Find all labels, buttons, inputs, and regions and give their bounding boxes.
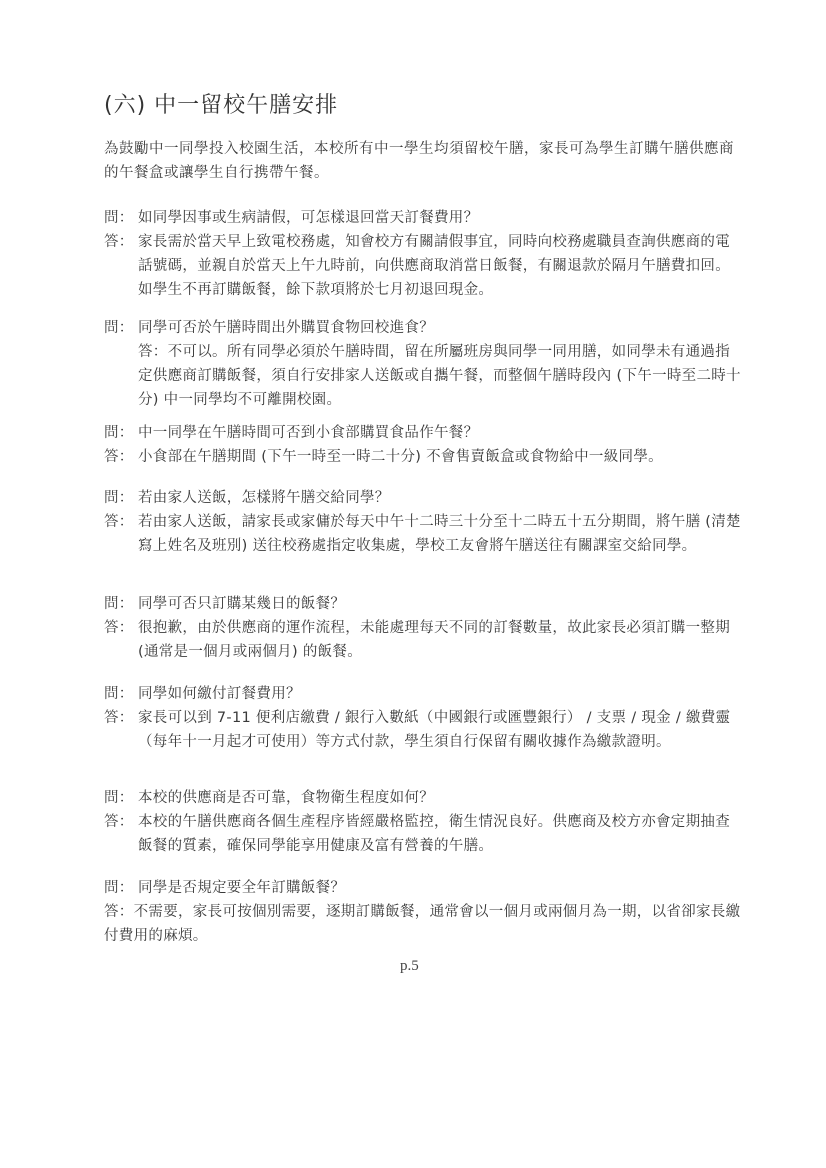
answer-label: 答： xyxy=(104,510,138,558)
answer-text: 小食部在午膳期間 (下午一時至一時二十分) 不會售賣飯盒或食物給中一級同學。 xyxy=(138,445,744,469)
question-text: 中一同學在午膳時間可否到小食部購買食品作午餐？ xyxy=(138,421,744,445)
answer-text: 家長需於當天早上致電校務處，知會校方有關請假事宜，同時向校務處職員查詢供應商的電… xyxy=(138,230,744,302)
question-label: 問： xyxy=(104,682,138,706)
question-row: 問： 同學可否只訂購某幾日的飯餐？ xyxy=(104,592,744,616)
answer-row: 答：不可以。所有同學必須於午膳時間，留在所屬班房與同學一同用膳，如同學未有通過指… xyxy=(104,340,744,412)
question-row: 問： 同學可否於午膳時間出外購買食物回校進食？ xyxy=(104,316,744,340)
question-row: 問： 如同學因事或生病請假，可怎樣退回當天訂餐費用？ xyxy=(104,206,744,230)
qa-item: 問： 中一同學在午膳時間可否到小食部購買食品作午餐？ 答： 小食部在午膳期間 (… xyxy=(104,421,744,469)
qa-item: 問： 如同學因事或生病請假，可怎樣退回當天訂餐費用？ 答： 家長需於當天早上致電… xyxy=(104,206,744,302)
question-text: 同學可否於午膳時間出外購買食物回校進食？ xyxy=(138,316,744,340)
question-row: 問： 同學是否規定要全年訂購飯餐？ xyxy=(104,876,744,900)
qa-item: 問： 同學可否只訂購某幾日的飯餐？ 答： 很抱歉，由於供應商的運作流程，未能處理… xyxy=(104,592,744,664)
question-text: 本校的供應商是否可靠，食物衛生程度如何？ xyxy=(138,786,744,810)
qa-item: 問： 同學是否規定要全年訂購飯餐？ 答：不需要，家長可按個別需要，逐期訂購飯餐，… xyxy=(104,876,744,948)
answer-label: 答： xyxy=(104,230,138,302)
question-label: 問： xyxy=(104,421,138,445)
question-row: 問： 中一同學在午膳時間可否到小食部購買食品作午餐？ xyxy=(104,421,744,445)
answer-label: 答： xyxy=(104,445,138,469)
answer-label: 答： xyxy=(104,810,138,858)
answer-row: 答：不需要，家長可按個別需要，逐期訂購飯餐，通常會以一個月或兩個月為一期，以省卻… xyxy=(104,900,744,948)
answer-text: 很抱歉，由於供應商的運作流程，未能處理每天不同的訂餐數量，故此家長必須訂購一整期… xyxy=(138,616,744,664)
question-label: 問： xyxy=(104,206,138,230)
answer-row: 答： 本校的午膳供應商各個生產程序皆經嚴格監控，衛生情況良好。供應商及校方亦會定… xyxy=(104,810,744,858)
question-text: 同學如何繳付訂餐費用？ xyxy=(138,682,744,706)
answer-label: 答： xyxy=(104,616,138,664)
answer-row: 答： 若由家人送飯，請家長或家傭於每天中午十二時三十分至十二時五十五分期間，將午… xyxy=(104,510,744,558)
answer-text: 家長可以到 7-11 便利店繳費 / 銀行入數紙（中國銀行或匯豐銀行） / 支票… xyxy=(138,706,744,754)
qa-item: 問： 本校的供應商是否可靠，食物衛生程度如何？ 答： 本校的午膳供應商各個生產程… xyxy=(104,786,744,858)
answer-label: 答： xyxy=(138,344,168,360)
question-row: 問： 若由家人送飯，怎樣將午膳交給同學？ xyxy=(104,486,744,510)
document-page: (六) 中一留校午膳安排 為鼓勵中一同學投入校園生活，本校所有中一學生均須留校午… xyxy=(0,0,826,1168)
question-label: 問： xyxy=(104,316,138,340)
qa-item: 問： 若由家人送飯，怎樣將午膳交給同學？ 答： 若由家人送飯，請家長或家傭於每天… xyxy=(104,486,744,558)
question-label: 問： xyxy=(104,786,138,810)
answer-text: 不需要，家長可按個別需要，逐期訂購飯餐，通常會以一個月或兩個月為一期，以省卻家長… xyxy=(104,904,740,944)
page-number: p.5 xyxy=(400,958,419,975)
answer-label: 答： xyxy=(104,706,138,754)
answer-text: 不可以。所有同學必須於午膳時間，留在所屬班房與同學一同用膳，如同學未有通過指定供… xyxy=(138,344,741,408)
answer-row: 答： 家長可以到 7-11 便利店繳費 / 銀行入數紙（中國銀行或匯豐銀行） /… xyxy=(104,706,744,754)
question-text: 同學是否規定要全年訂購飯餐？ xyxy=(138,876,744,900)
answer-row: 答： 很抱歉，由於供應商的運作流程，未能處理每天不同的訂餐數量，故此家長必須訂購… xyxy=(104,616,744,664)
answer-text: 本校的午膳供應商各個生產程序皆經嚴格監控，衛生情況良好。供應商及校方亦會定期抽查… xyxy=(138,810,744,858)
question-text: 同學可否只訂購某幾日的飯餐？ xyxy=(138,592,744,616)
question-text: 若由家人送飯，怎樣將午膳交給同學？ xyxy=(138,486,744,510)
answer-label: 答： xyxy=(104,904,134,920)
question-row: 問： 本校的供應商是否可靠，食物衛生程度如何？ xyxy=(104,786,744,810)
question-row: 問： 同學如何繳付訂餐費用？ xyxy=(104,682,744,706)
section-title: (六) 中一留校午膳安排 xyxy=(104,88,338,119)
answer-row: 答： 小食部在午膳期間 (下午一時至一時二十分) 不會售賣飯盒或食物給中一級同學… xyxy=(104,445,744,469)
question-text: 如同學因事或生病請假，可怎樣退回當天訂餐費用？ xyxy=(138,206,744,230)
qa-item: 問： 同學可否於午膳時間出外購買食物回校進食？ 答：不可以。所有同學必須於午膳時… xyxy=(104,316,744,412)
answer-row: 答： 家長需於當天早上致電校務處，知會校方有關請假事宜，同時向校務處職員查詢供應… xyxy=(104,230,744,302)
question-label: 問： xyxy=(104,486,138,510)
question-label: 問： xyxy=(104,876,138,900)
answer-text: 若由家人送飯，請家長或家傭於每天中午十二時三十分至十二時五十五分期間，將午膳 (… xyxy=(138,510,744,558)
question-label: 問： xyxy=(104,592,138,616)
qa-item: 問： 同學如何繳付訂餐費用？ 答： 家長可以到 7-11 便利店繳費 / 銀行入… xyxy=(104,682,744,754)
intro-paragraph: 為鼓勵中一同學投入校園生活，本校所有中一學生均須留校午膳，家長可為學生訂購午膳供… xyxy=(104,137,734,185)
